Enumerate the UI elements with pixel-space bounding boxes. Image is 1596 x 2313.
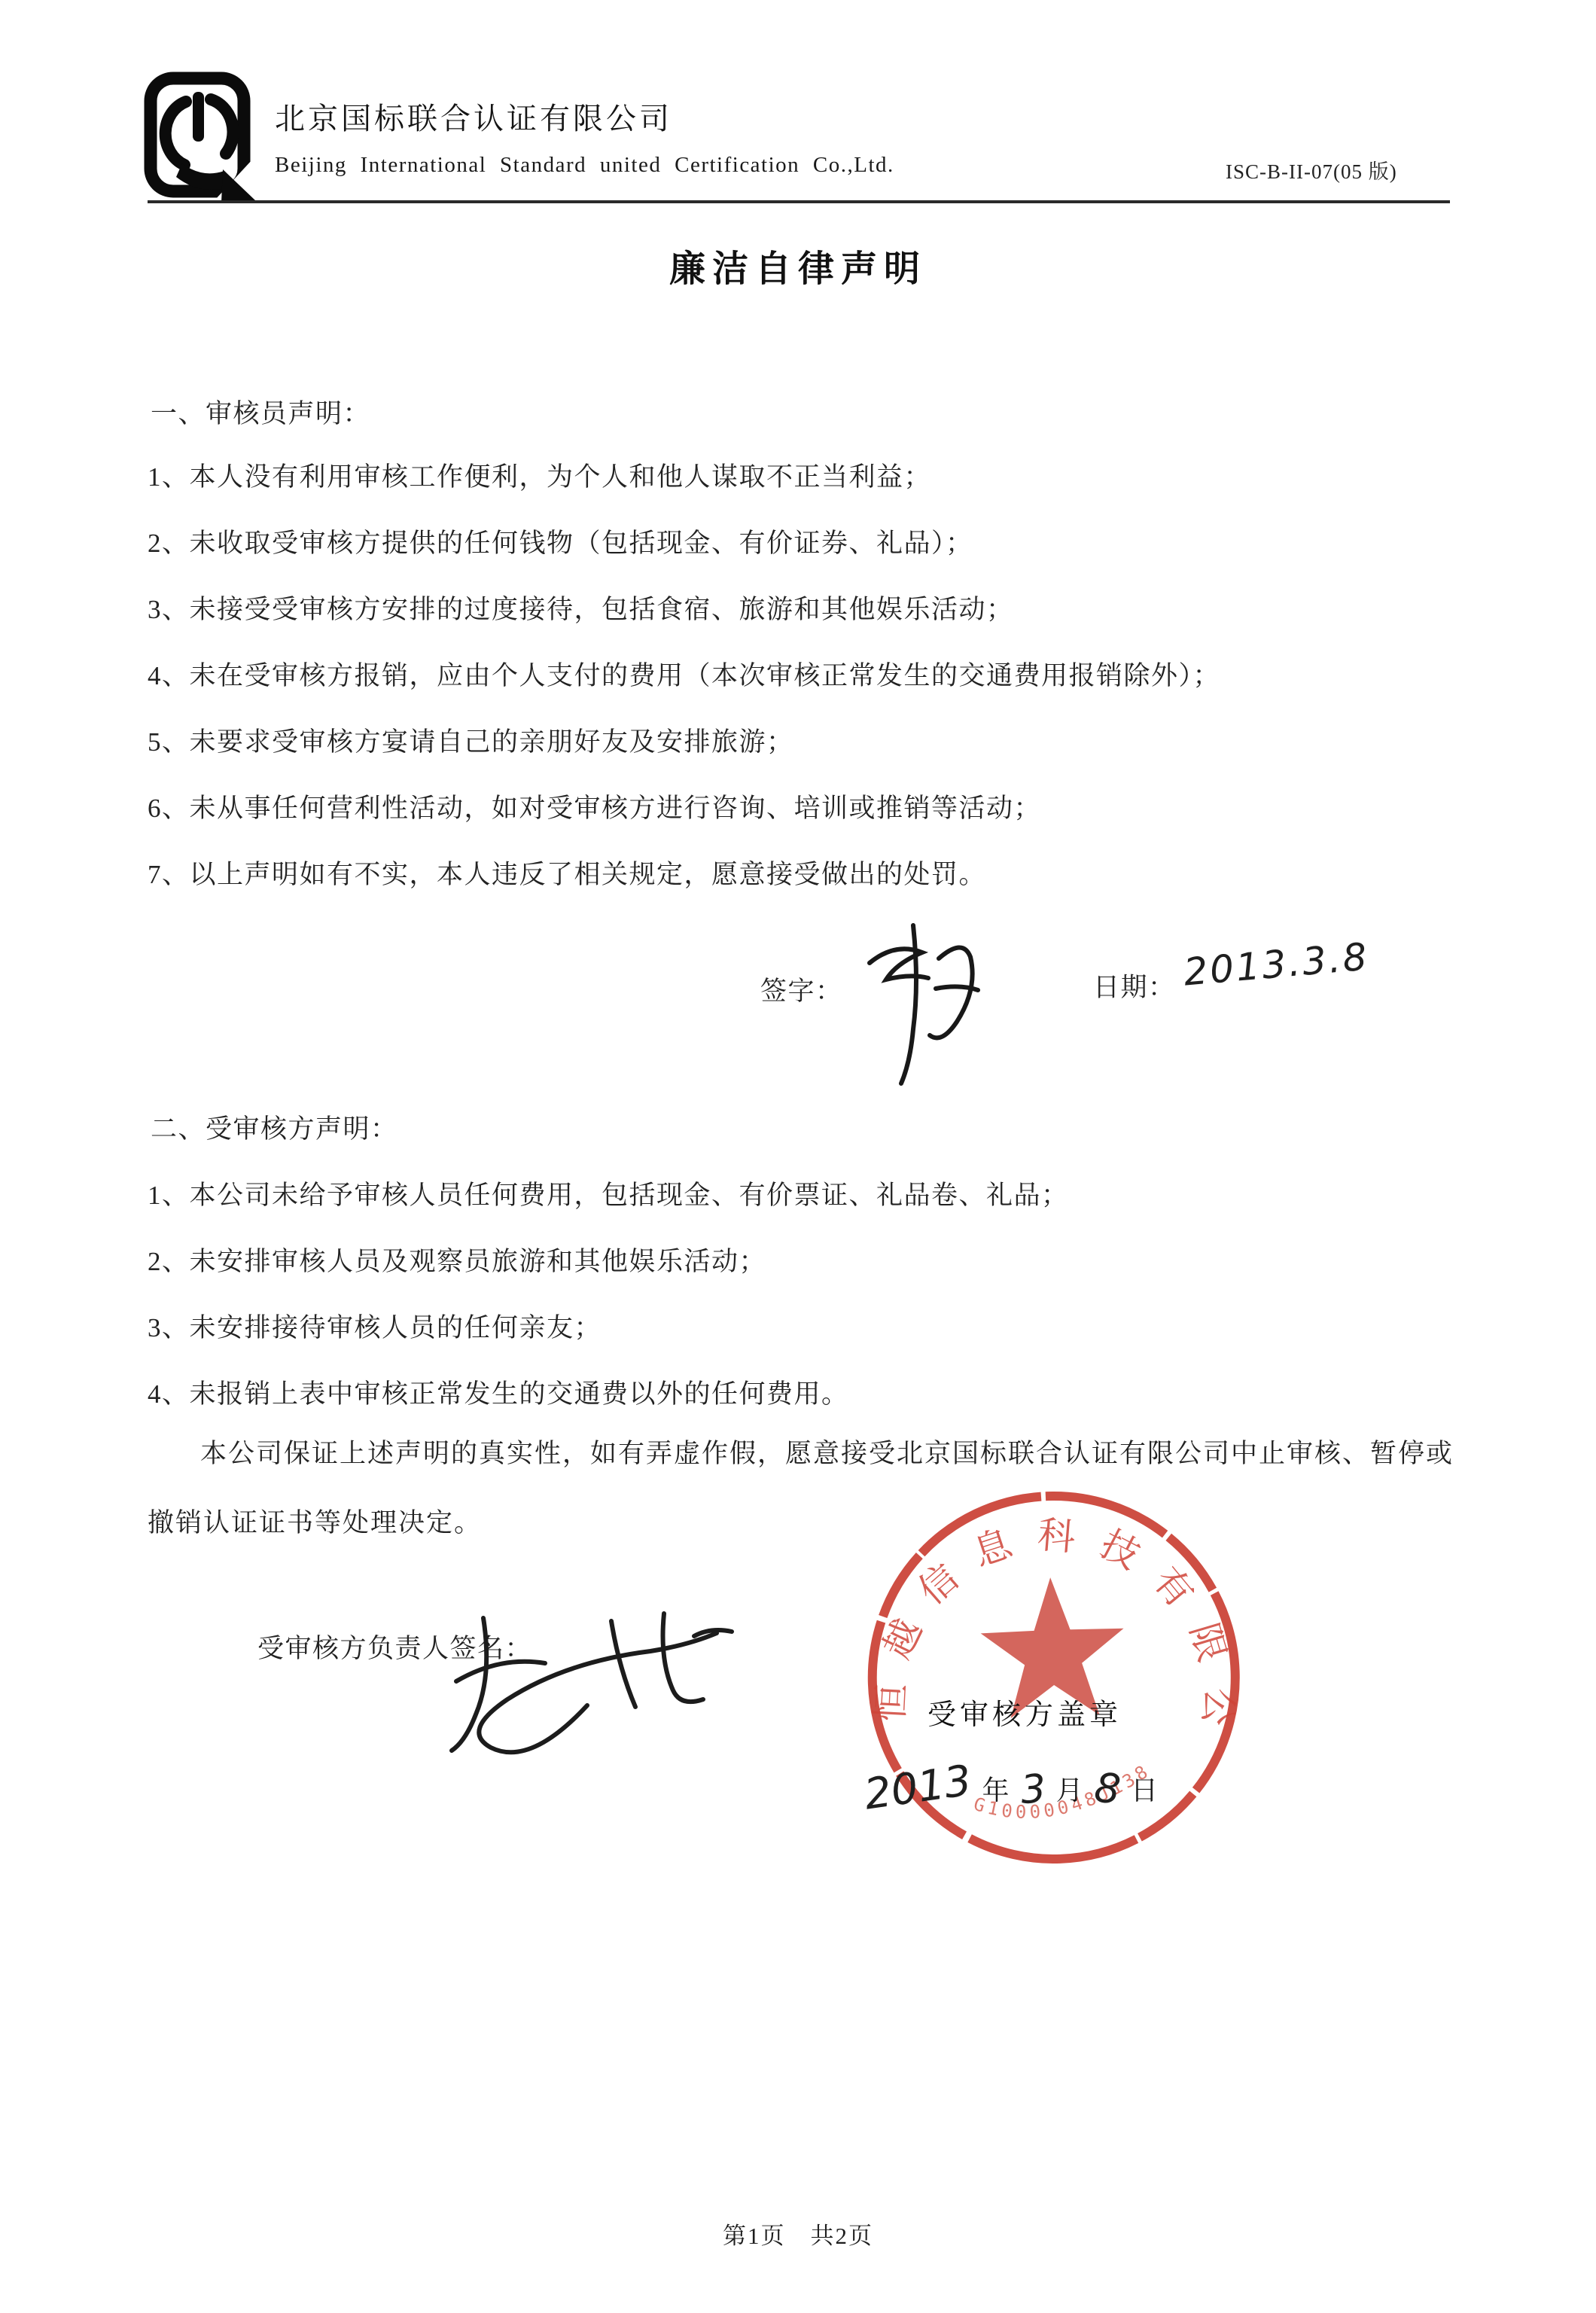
seal-date-day-label: 日 [1131,1769,1159,1812]
auditee-item: 3、未安排接待审核人员的任何亲友； [148,1312,1473,1345]
certification-logo [143,72,257,212]
seal-date-year-handwritten: 2013 [861,1756,974,1819]
auditor-item: 7、以上声明如有不实，本人违反了相关规定，愿意接受做出的处罚。 [148,858,1473,891]
date-label: 日期： [1093,971,1176,1004]
auditor-item: 3、未接受受审核方安排的过度接待，包括食宿、旅游和其他娱乐活动； [148,593,1473,626]
logo-left-arc [166,102,186,165]
seal-date-row: 2013 年 3 月 8 日 [864,1763,1159,1812]
auditor-item: 6、未从事任何营利性活动，如对受审核方进行咨询、培训或推销等活动； [148,792,1473,825]
company-name-cn: 北京国标联合认证有限公司 [275,95,672,138]
red-company-seal: 恒越信息科技有限公司 G10000048J138 [848,1476,1260,1889]
auditee-item: 4、未报销上表中审核正常发生的交通费以外的任何费用。 [148,1378,1473,1411]
company-name-en: Beijing International Standard united Ce… [275,153,894,178]
seal-date-month-handwritten: 3 [1019,1766,1046,1813]
auditor-item: 1、本人没有利用审核工作便利，为个人和他人谋取不正当利益； [148,461,1473,494]
auditee-section-heading: 二、受审核方声明： [151,1113,398,1146]
document-code: ISC-B-II-07(05 版) [1226,155,1397,184]
logo-right-arc [211,99,233,154]
auditor-item: 2、未收取受审核方提供的任何钱物（包括现金、有价证券、礼品）； [148,527,1473,560]
page-number: 第1页 共2页 [0,2217,1596,2251]
auditor-section-heading: 一、审核员声明： [151,398,370,431]
sign-label: 签字： [760,975,843,1008]
seal-date-day-handwritten: 8 [1092,1763,1122,1813]
auditee-item: 1、本公司未给予审核人员任何费用，包括现金、有价票证、礼品卷、礼品； [148,1179,1473,1212]
seal-caption: 受审核方盖章 [927,1691,1122,1732]
seal-date-month-label: 月 [1056,1769,1084,1812]
auditor-item: 4、未在受审核方报销，应由个人支付的费用（本次审核正常发生的交通费用报销除外）； [148,660,1473,693]
seal-date-year-label: 年 [982,1769,1010,1812]
auditee-item: 2、未安排审核人员及观察员旅游和其他娱乐活动； [148,1245,1473,1278]
auditor-item: 5、未要求受审核方宴请自己的亲朋好友及安排旅游； [148,726,1473,759]
representative-signature [437,1592,753,1781]
scanned-declaration-page: 北京国标联合认证有限公司 Beijing International Stand… [0,0,1596,2313]
auditor-signature [847,915,1005,1103]
logo-center-bar [193,92,204,142]
auditor-handwritten-date: 2013.3.8 [1182,934,1371,994]
header-divider [148,200,1450,203]
pledge-paragraph: 本公司保证上述声明的真实性，如有弄虚作假，愿意接受北京国标联合认证有限公司中止审… [148,1419,1454,1558]
page-title: 廉洁自律声明 [0,239,1596,291]
